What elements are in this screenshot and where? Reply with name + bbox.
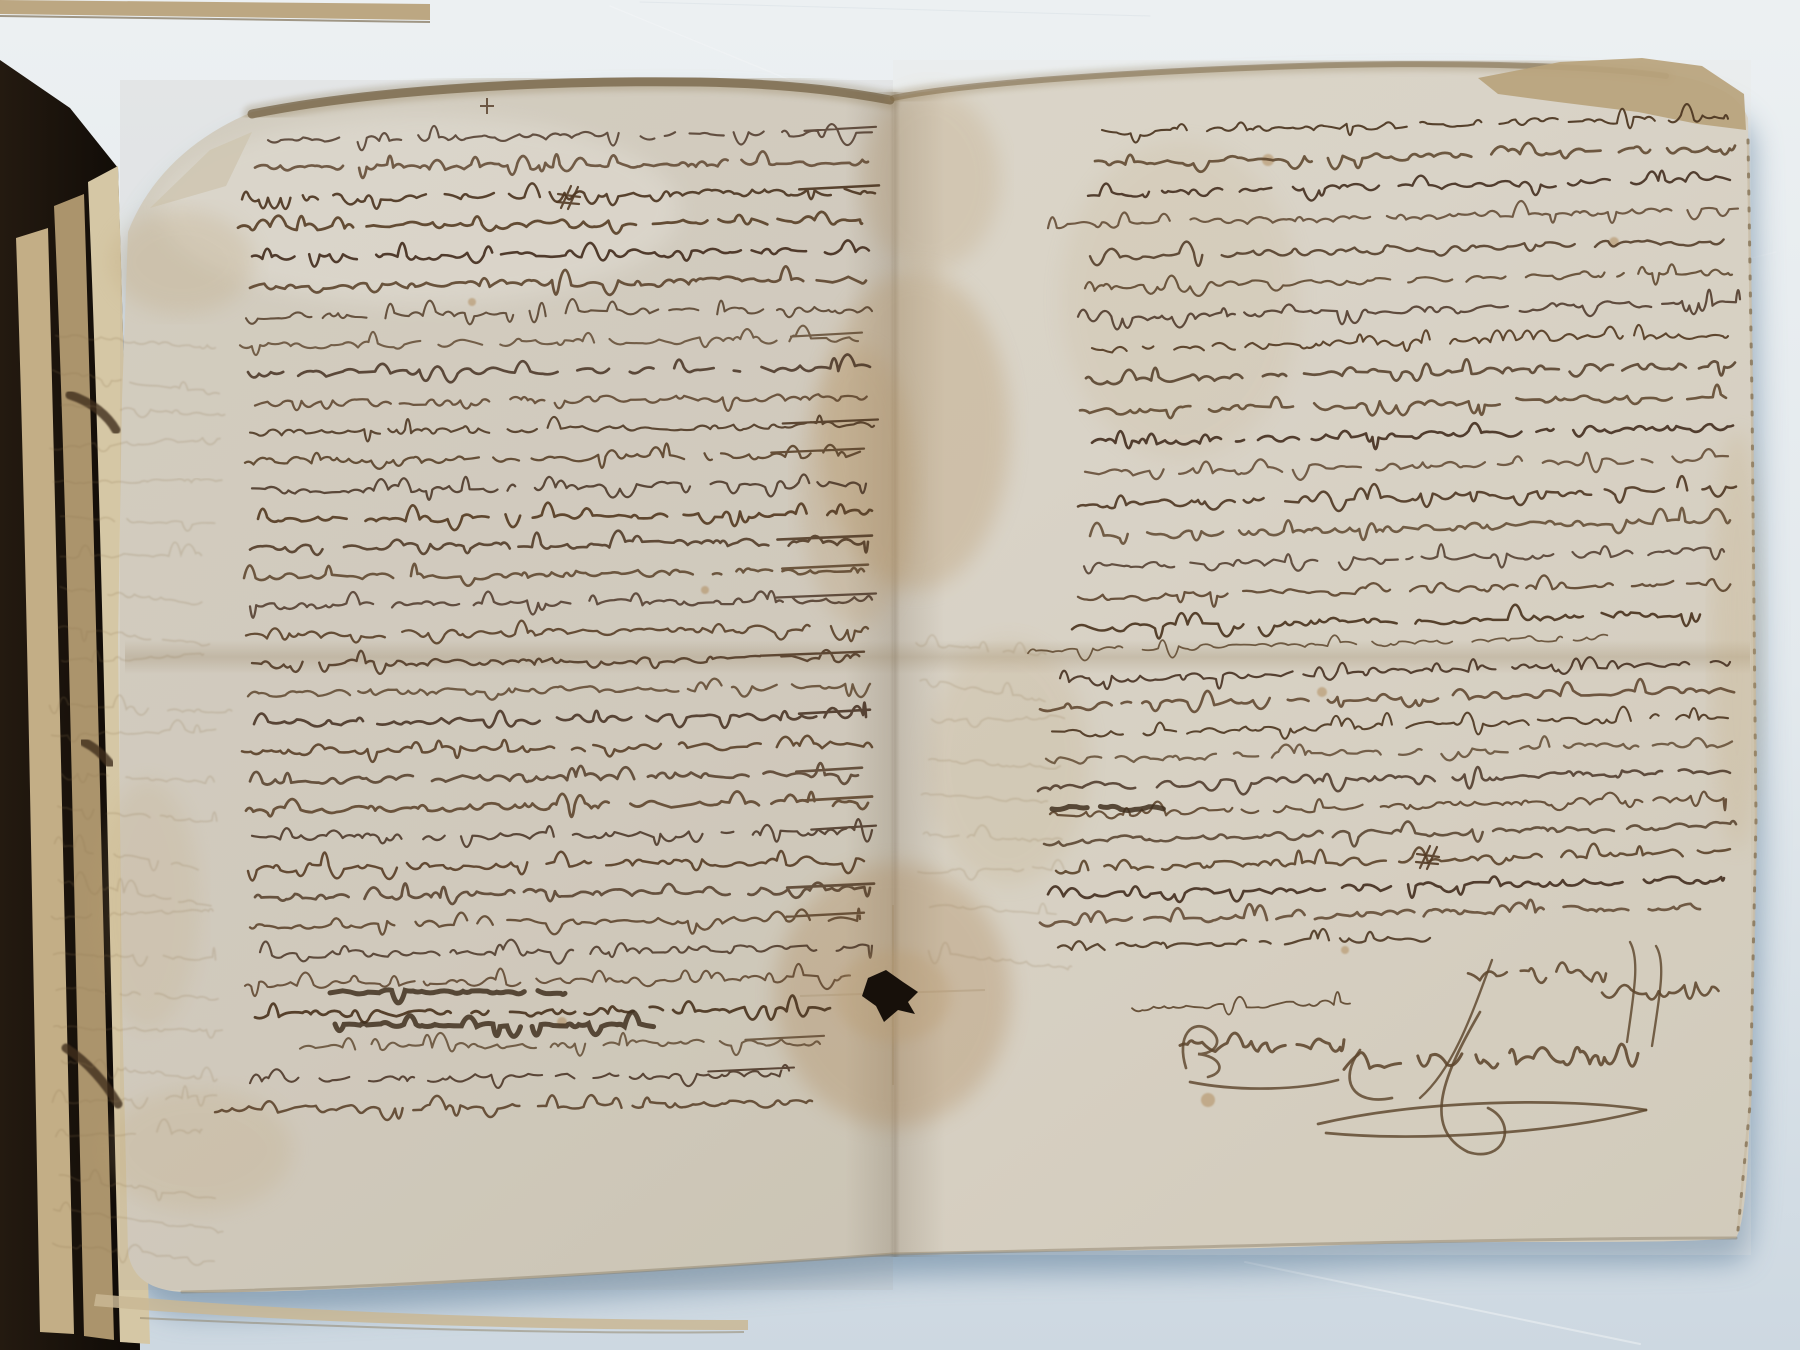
foxing-spot xyxy=(468,298,476,306)
paper-stain xyxy=(96,780,200,1030)
foxing-spot xyxy=(701,586,709,594)
paper-stain xyxy=(110,210,254,314)
paper-stain xyxy=(860,90,1000,270)
foxing-spot xyxy=(1341,946,1349,954)
foxing-spot xyxy=(1317,687,1327,697)
paper-stain xyxy=(800,346,916,626)
wormhole-at-fold xyxy=(835,950,951,1042)
paper-stain xyxy=(926,640,1090,884)
foxing-spot xyxy=(1201,1093,1215,1107)
manuscript-photo-canvas xyxy=(0,0,1800,1350)
paper-stain xyxy=(1711,430,1763,850)
manuscript-photo xyxy=(0,0,1800,1350)
paper-stain xyxy=(103,1088,293,1212)
